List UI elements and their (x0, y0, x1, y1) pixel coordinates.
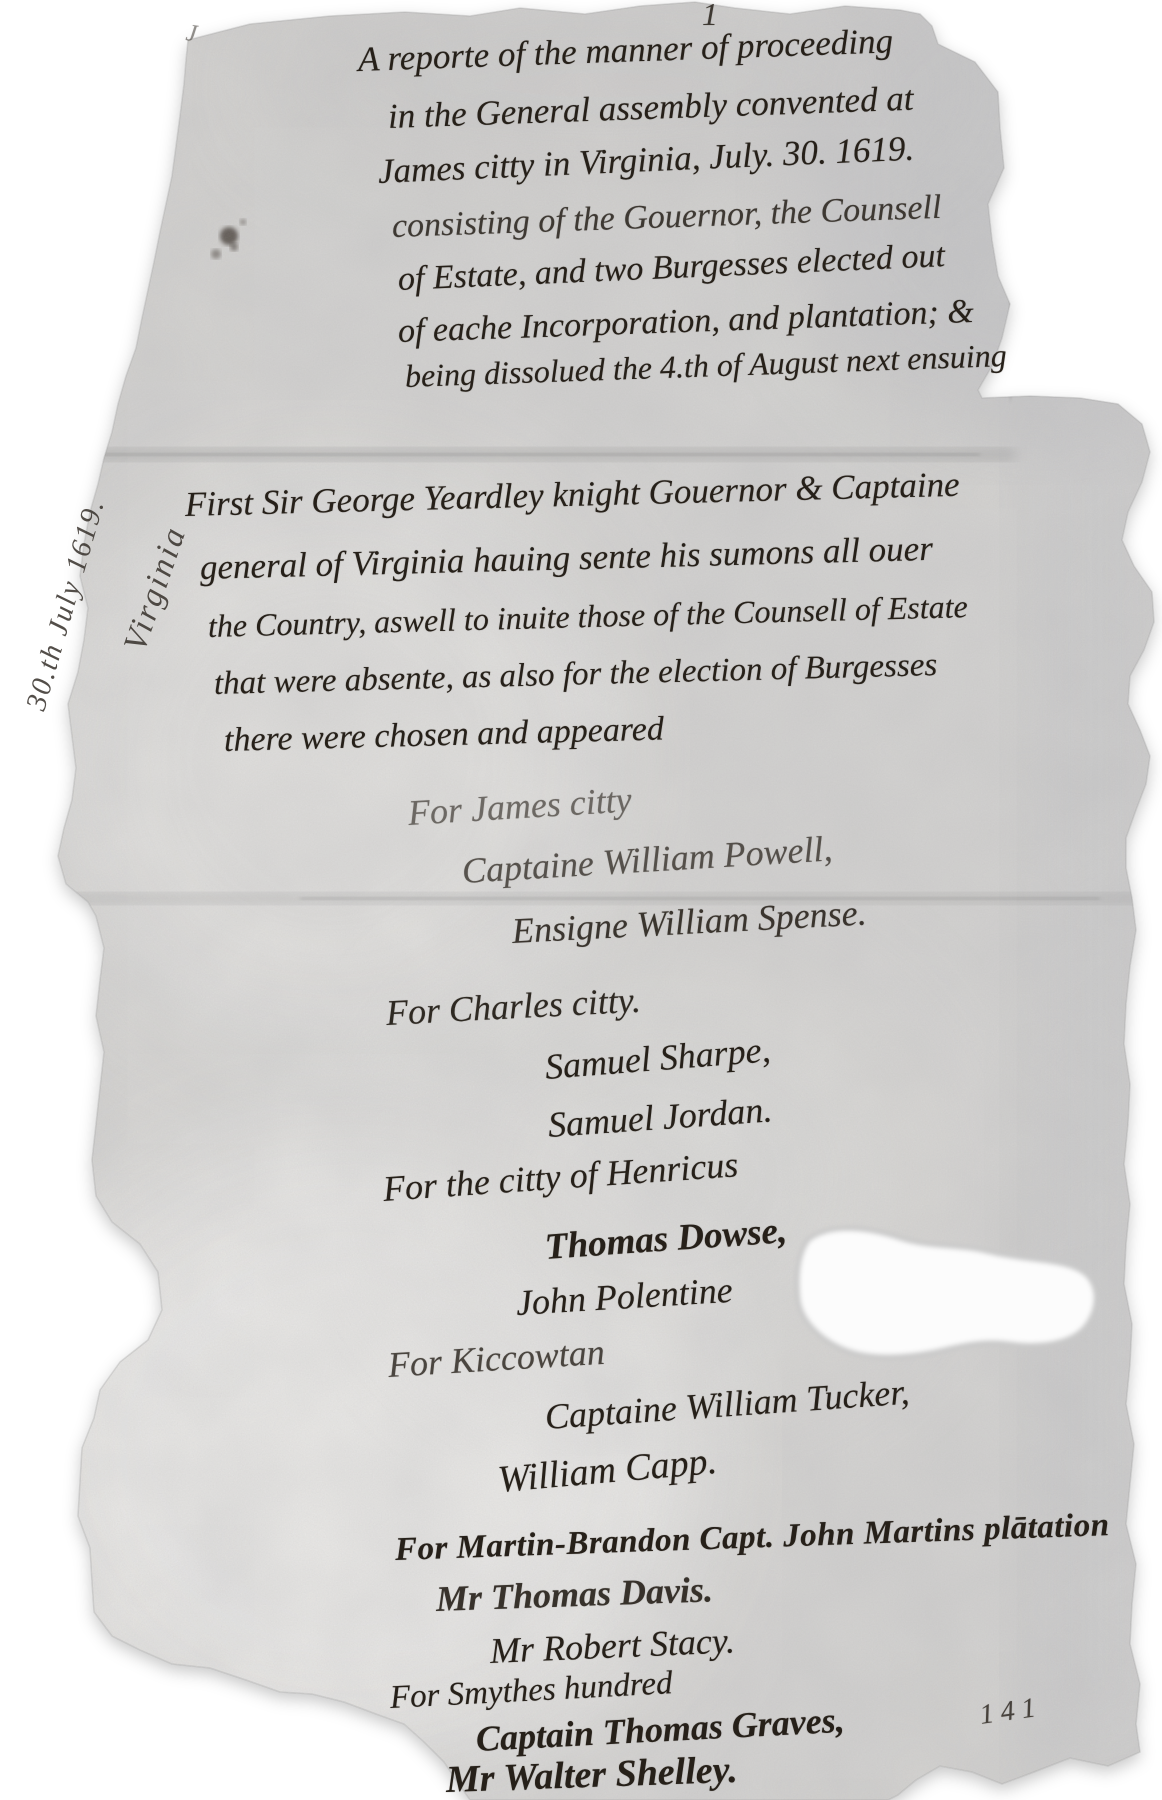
manuscript-scan-page: { "document": { "page_number": "1", "fol… (0, 0, 1162, 1800)
delegate-name: Mr Walter Shelley. (445, 1748, 738, 1800)
fold-crease-vertical (1009, 18, 1012, 400)
